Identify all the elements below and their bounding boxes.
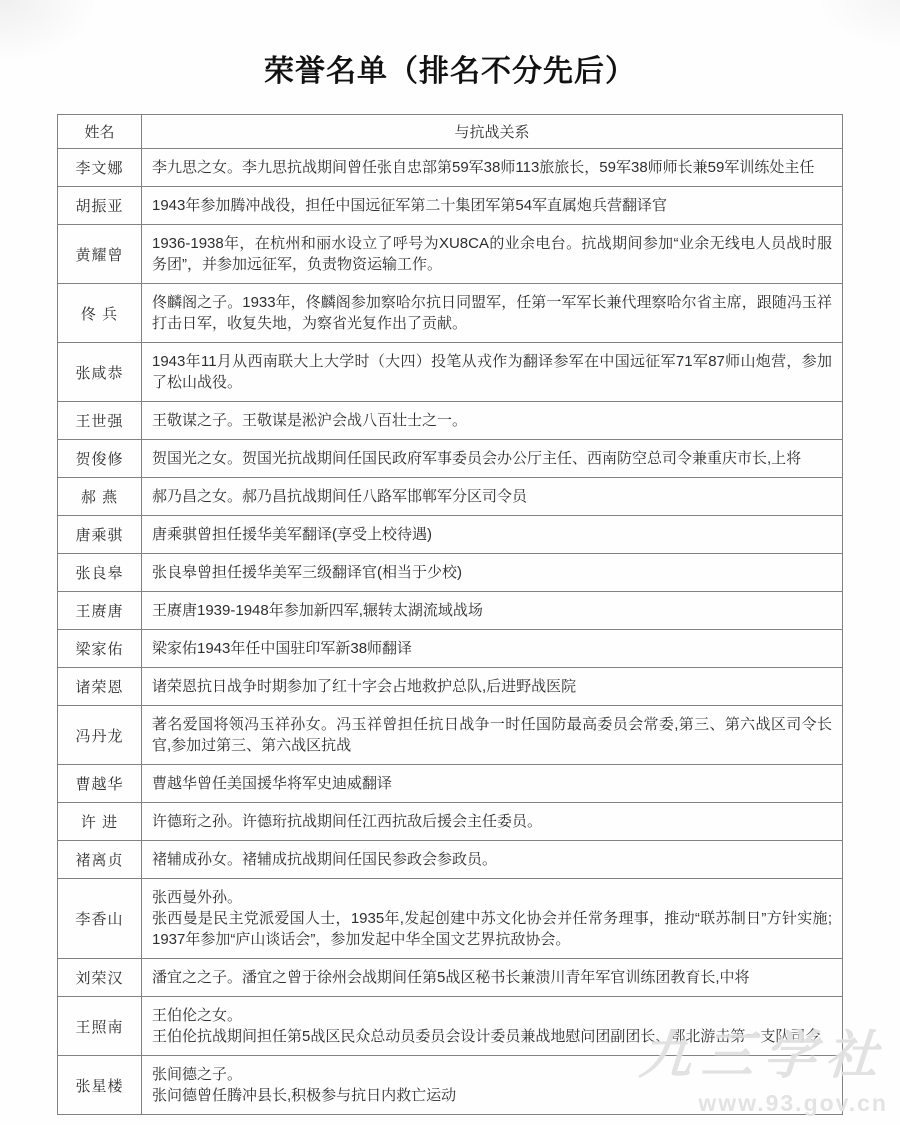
person-name: 张良皋: [58, 554, 142, 592]
table-row: 佟 兵 佟麟阁之子。1933年，佟麟阁参加察哈尔抗日同盟军，任第一军军长兼代理察…: [58, 284, 843, 343]
person-name: 曹越华: [58, 765, 142, 803]
person-name: 王世强: [58, 402, 142, 440]
person-relation: 诸荣恩抗日战争时期参加了红十字会占地救护总队,后进野战医院: [142, 668, 843, 706]
person-name: 李香山: [58, 879, 142, 959]
person-relation: 梁家佑1943年任中国驻印军新38师翻译: [142, 630, 843, 668]
person-relation: 郝乃昌之女。郝乃昌抗战期间任八路军邯郸军分区司令员: [142, 478, 843, 516]
person-name: 刘荣汉: [58, 959, 142, 997]
header-name: 姓名: [58, 115, 142, 149]
person-name: 王赓唐: [58, 592, 142, 630]
person-relation: 曹越华曾任美国援华将军史迪威翻译: [142, 765, 843, 803]
table-row: 李香山 张西曼外孙。 张西曼是民主党派爱国人士，1935年,发起创建中苏文化协会…: [58, 879, 843, 959]
person-relation: 佟麟阁之子。1933年，佟麟阁参加察哈尔抗日同盟军，任第一军军长兼代理察哈尔省主…: [142, 284, 843, 343]
table-row: 褚离贞 褚辅成孙女。褚辅成抗战期间任国民参政会参政员。: [58, 841, 843, 879]
person-relation: 著名爱国将领冯玉祥孙女。冯玉祥曾担任抗日战争一时任国防最高委员会常委,第三、第六…: [142, 706, 843, 765]
person-name: 王照南: [58, 997, 142, 1056]
table-row: 王照南 王伯伦之女。 王伯伦抗战期间担任第5战区民众总动员委员会设计委员兼战地慰…: [58, 997, 843, 1056]
person-relation: 1943年11月从西南联大上大学时（大四）投笔从戎作为翻译参军在中国远征军71军…: [142, 343, 843, 402]
person-relation: 王伯伦之女。 王伯伦抗战期间担任第5战区民众总动员委员会设计委员兼战地慰问团副团…: [142, 997, 843, 1056]
page-title: 荣誉名单（排名不分先后）: [0, 0, 900, 114]
table-row: 王世强 王敬谋之子。王敬谋是淞沪会战八百壮士之一。: [58, 402, 843, 440]
person-relation: 贺国光之女。贺国光抗战期间任国民政府军事委员会办公厅主任、西南防空总司令兼重庆市…: [142, 440, 843, 478]
table-row: 张咸恭 1943年11月从西南联大上大学时（大四）投笔从戎作为翻译参军在中国远征…: [58, 343, 843, 402]
person-name: 诸荣恩: [58, 668, 142, 706]
person-name: 贺俊修: [58, 440, 142, 478]
person-name: 胡振亚: [58, 187, 142, 225]
table-row: 王赓唐 王赓唐1939-1948年参加新四军,辗转太湖流域战场: [58, 592, 843, 630]
person-name: 梁家佑: [58, 630, 142, 668]
person-relation: 张间德之子。 张问德曾任腾冲县长,积极参与抗日内救亡运动: [142, 1056, 843, 1115]
person-relation: 王敬谋之子。王敬谋是淞沪会战八百壮士之一。: [142, 402, 843, 440]
table-row: 张良皋 张良皋曾担任援华美军三级翻译官(相当于少校): [58, 554, 843, 592]
table-row: 张星楼 张间德之子。 张问德曾任腾冲县长,积极参与抗日内救亡运动: [58, 1056, 843, 1115]
person-name: 许 进: [58, 803, 142, 841]
table-row: 郝 燕 郝乃昌之女。郝乃昌抗战期间任八路军邯郸军分区司令员: [58, 478, 843, 516]
person-name: 冯丹龙: [58, 706, 142, 765]
person-relation: 许德珩之孙。许德珩抗战期间任江西抗敌后援会主任委员。: [142, 803, 843, 841]
table-row: 刘荣汉 潘宜之之子。潘宜之曾于徐州会战期间任第5战区秘书长兼溃川青年军官训练团教…: [58, 959, 843, 997]
person-relation: 王赓唐1939-1948年参加新四军,辗转太湖流域战场: [142, 592, 843, 630]
table-row: 唐乘骐 唐乘骐曾担任援华美军翻译(享受上校待遇): [58, 516, 843, 554]
header-relation: 与抗战关系: [142, 115, 843, 149]
person-relation: 褚辅成孙女。褚辅成抗战期间任国民参政会参政员。: [142, 841, 843, 879]
person-name: 张星楼: [58, 1056, 142, 1115]
table-row: 胡振亚 1943年参加腾冲战役，担任中国远征军第二十集团军第54军直属炮兵营翻译…: [58, 187, 843, 225]
person-relation: 潘宜之之子。潘宜之曾于徐州会战期间任第5战区秘书长兼溃川青年军官训练团教育长,中…: [142, 959, 843, 997]
person-relation: 唐乘骐曾担任援华美军翻译(享受上校待遇): [142, 516, 843, 554]
person-name: 郝 燕: [58, 478, 142, 516]
person-relation: 1936-1938年，在杭州和丽水设立了呼号为XU8CA的业余电台。抗战期间参加…: [142, 225, 843, 284]
table-row: 许 进 许德珩之孙。许德珩抗战期间任江西抗敌后援会主任委员。: [58, 803, 843, 841]
table-row: 李文娜 李九思之女。李九思抗战期间曾任张自忠部第59军38师113旅旅长，59军…: [58, 149, 843, 187]
person-relation: 张良皋曾担任援华美军三级翻译官(相当于少校): [142, 554, 843, 592]
person-relation: 1943年参加腾冲战役，担任中国远征军第二十集团军第54军直属炮兵营翻译官: [142, 187, 843, 225]
table-row: 黄耀曾 1936-1938年，在杭州和丽水设立了呼号为XU8CA的业余电台。抗战…: [58, 225, 843, 284]
document-page: 荣誉名单（排名不分先后） 姓名 与抗战关系 李文娜 李九思之女。李九思抗战期间曾…: [0, 0, 900, 1125]
person-name: 唐乘骐: [58, 516, 142, 554]
table-row: 曹越华 曹越华曾任美国援华将军史迪威翻译: [58, 765, 843, 803]
person-name: 张咸恭: [58, 343, 142, 402]
table-header-row: 姓名 与抗战关系: [58, 115, 843, 149]
table-row: 贺俊修 贺国光之女。贺国光抗战期间任国民政府军事委员会办公厅主任、西南防空总司令…: [58, 440, 843, 478]
table-row: 诸荣恩 诸荣恩抗日战争时期参加了红十字会占地救护总队,后进野战医院: [58, 668, 843, 706]
person-name: 黄耀曾: [58, 225, 142, 284]
person-relation: 李九思之女。李九思抗战期间曾任张自忠部第59军38师113旅旅长，59军38师师…: [142, 149, 843, 187]
person-name: 褚离贞: [58, 841, 142, 879]
table-row: 梁家佑 梁家佑1943年任中国驻印军新38师翻译: [58, 630, 843, 668]
person-relation: 张西曼外孙。 张西曼是民主党派爱国人士，1935年,发起创建中苏文化协会并任常务…: [142, 879, 843, 959]
honor-table: 姓名 与抗战关系 李文娜 李九思之女。李九思抗战期间曾任张自忠部第59军38师1…: [57, 114, 843, 1115]
person-name: 佟 兵: [58, 284, 142, 343]
person-name: 李文娜: [58, 149, 142, 187]
table-row: 冯丹龙 著名爱国将领冯玉祥孙女。冯玉祥曾担任抗日战争一时任国防最高委员会常委,第…: [58, 706, 843, 765]
